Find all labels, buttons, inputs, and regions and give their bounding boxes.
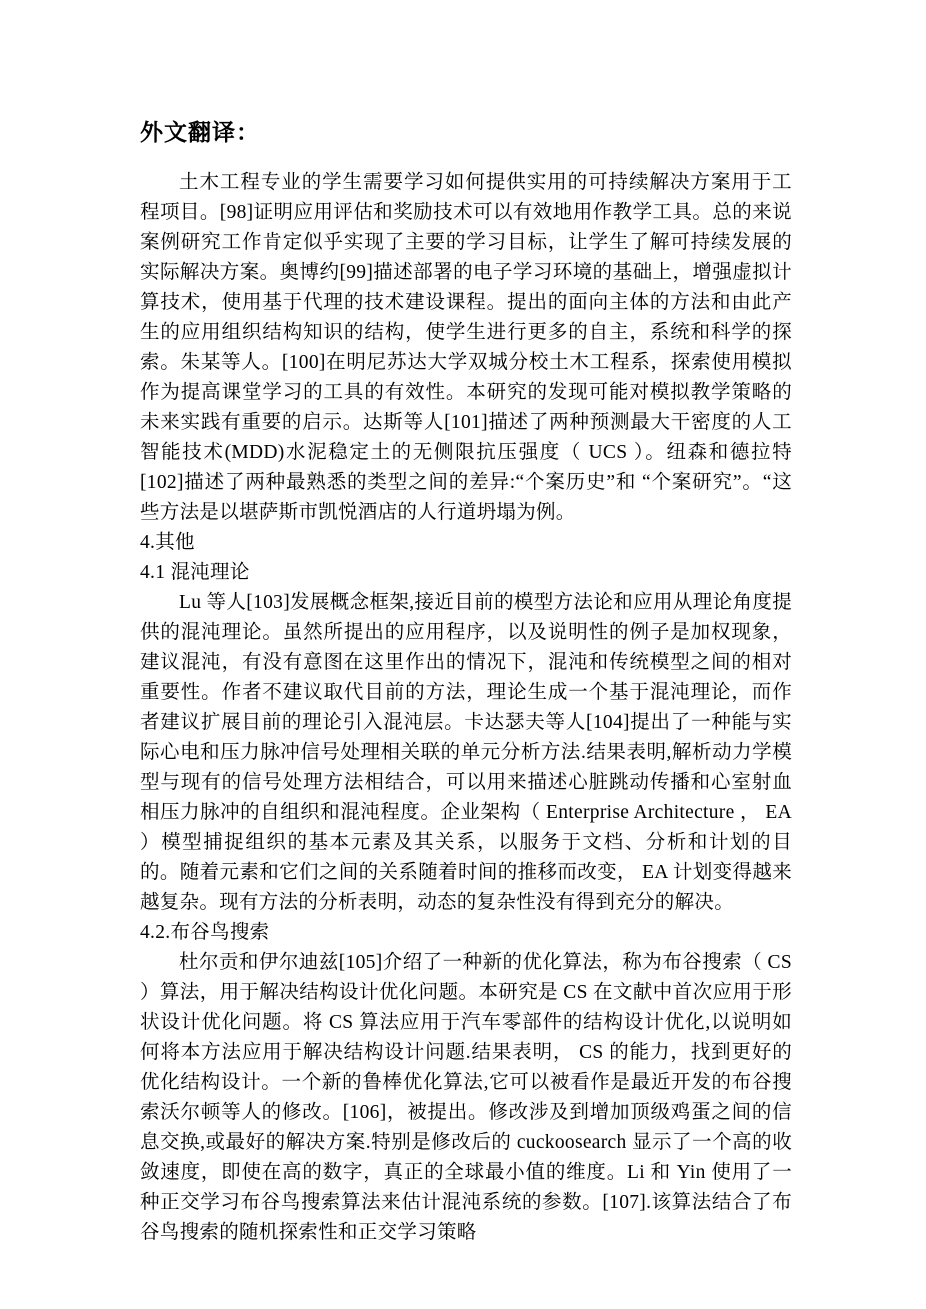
section-heading-4-1-chaos-theory: 4.1 混沌理论 [140, 558, 792, 588]
section-heading-4-other: 4.其他 [140, 528, 792, 558]
document-viewer-page: { "page": { "background_color": "#ffffff… [0, 0, 926, 1309]
section-heading-4-2-cuckoo-search: 4.2.布谷鸟搜索 [140, 918, 792, 948]
paragraph-chaos-theory: Lu 等人[103]发展概念框架,接近目前的模型方法论和应用从理论角度提供的混沌… [140, 588, 792, 918]
document-title: 外文翻译： [140, 118, 792, 146]
document-content-area: 外文翻译： 土木工程专业的学生需要学习如何提供实用的可持续解决方案用于工程项目。… [140, 118, 792, 1248]
paragraph-cuckoo-search: 杜尔贡和伊尔迪兹[105]介绍了一种新的优化算法，称为布谷搜索（ CS ）算法，… [140, 948, 792, 1248]
paragraph-translation-intro: 土木工程专业的学生需要学习如何提供实用的可持续解决方案用于工程项目。[98]证明… [140, 168, 792, 528]
